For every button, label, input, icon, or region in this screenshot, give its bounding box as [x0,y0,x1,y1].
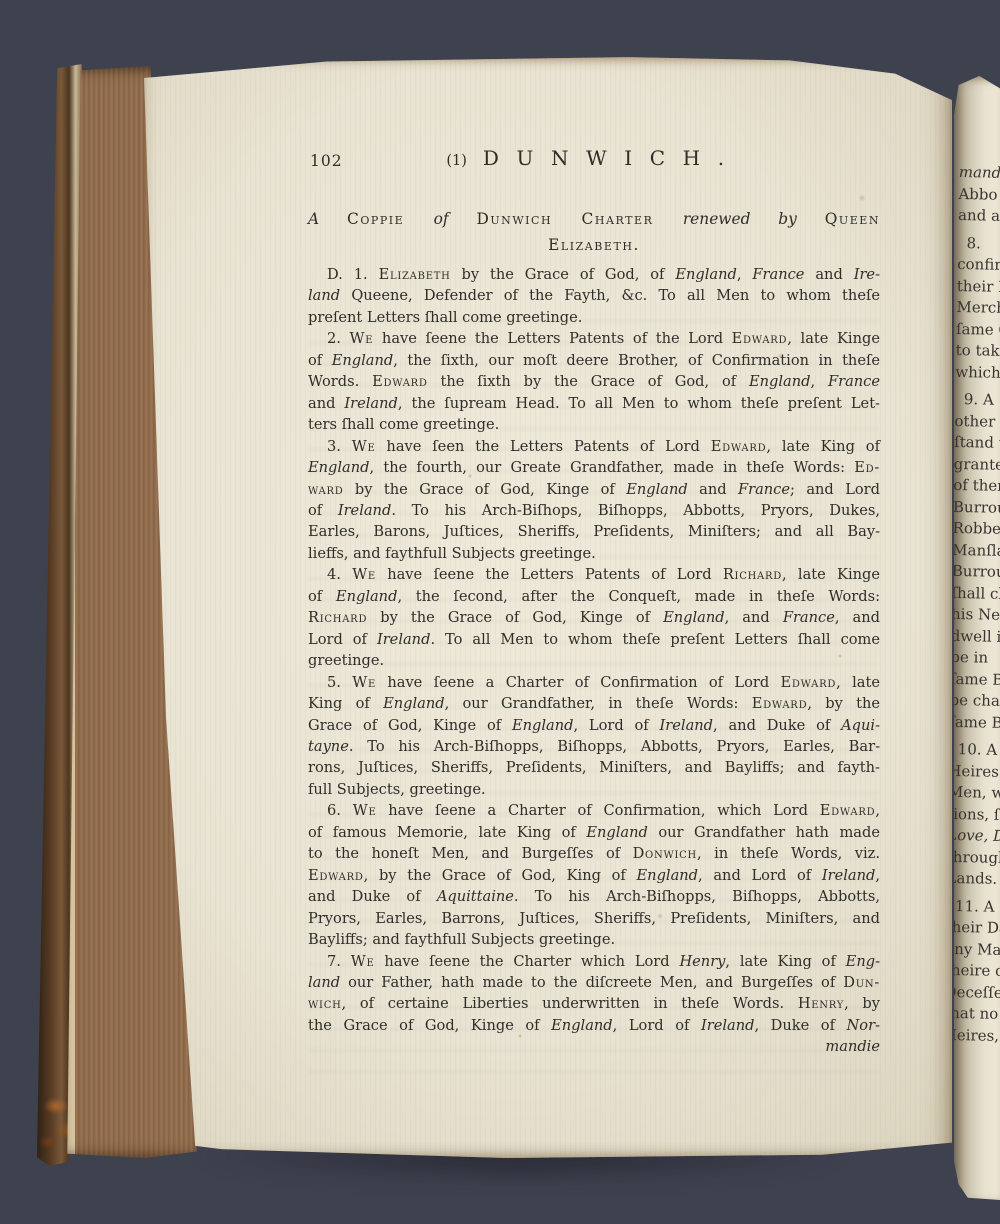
text-segment: of [308,352,332,369]
facing-page-text-fragment: his Neig [954,604,1000,627]
text-line: Lord of Ireland. To all Men to whom theſ… [308,629,880,650]
text-segment: and [308,395,344,412]
text-segment: Queene, Defender of the Fayth, &c. To al… [340,287,880,304]
text-segment: Eng- [846,953,880,970]
facing-page-text-fragment: ſame Bu [954,711,1000,734]
running-head-title: DUNWICH. [483,146,742,170]
text-segment: England [675,266,737,283]
text-line: of England, the ſecond, after the Conque… [308,586,880,607]
text-segment: tayne [308,738,349,755]
text-segment: England [332,352,394,369]
text-segment: renewed by [683,210,825,228]
text-segment: . To his Arch-Biſhopps, Biſhopps, Abbott… [349,738,880,755]
facing-page-text-fragment: Burroug [954,496,1000,519]
page-number: 102 [310,152,343,170]
text-line: Words. Edward the ſixth by the Grace of … [308,371,880,392]
photo-background: 102 (1) DUNWICH. A Coppie of Dunwich Cha… [0,0,1000,1224]
facing-page-text-fragment: theire ow [954,960,1000,983]
text-segment: Lord of [308,631,377,648]
text-segment: Coppie [347,210,434,228]
text-segment: England [663,609,725,626]
text-segment: Ireland [660,717,714,734]
text-segment: , Lord of [573,717,659,734]
text-segment: , late King of [725,953,845,970]
text-line: full Subjects, greetinge. [308,779,880,800]
text-segment: , the ſupream Head. To all Men to whom t… [398,395,880,412]
text-segment: of [308,502,338,519]
charter-text: D. 1. Elizabeth by the Grace of God, of … [308,264,880,1036]
text-segment: and [804,266,853,283]
text-line: Bayliffs; and faythfull Subjects greetin… [308,929,880,950]
text-segment: have ſeene the Letters Patents of the Lo… [373,330,731,347]
text-segment: Dunwich Charter [476,210,682,228]
text-line: tayne. To his Arch-Biſhopps, Biſhopps, A… [308,736,880,757]
text-segment: Edward [781,674,837,691]
text-segment: King of [308,695,383,712]
facing-page-text-fragment: ſame G [956,318,1000,341]
text-segment: Pryors, Earles, Barrons, Juſtices, Sheri… [308,910,880,927]
facing-page-text-fragment: Heires, o [954,1024,1000,1047]
facing-page-text-fragment: Heires S [954,760,1000,783]
text-line: D. 1. Elizabeth by the Grace of God, of … [308,264,880,285]
charter-heading: A Coppie of Dunwich Charter renewed by Q… [308,206,880,258]
text-line: Pryors, Earles, Barrons, Juſtices, Sheri… [308,908,880,929]
book-page-right-sliver: mandieAbboand a8.confirtheir HMerchaſame… [954,76,1000,1200]
running-head-center: (1) DUNWICH. [446,146,741,170]
text-segment: , late King of [766,438,880,455]
facing-page-text-fragment: mandie [959,162,1000,185]
facing-page-text-fragment: Mercha [956,297,1000,320]
text-line: of famous Memorie, late King of England … [308,822,880,843]
text-line: of England, the ſixth, our moſt deere Br… [308,350,880,371]
text-segment: Donwich [633,845,697,862]
text-segment: A [308,210,347,228]
facing-page-text-fragment: granted [954,453,1000,476]
text-segment: . To all Men to whom theſe preſent Lette… [430,631,880,648]
text-segment: 5. [327,674,352,691]
text-segment: Elizabeth. [548,236,640,254]
text-segment: Edward [308,867,364,884]
text-segment: England [626,481,688,498]
text-segment: Richard [723,566,782,583]
text-segment: France [783,609,835,626]
text-segment: , and Duke of [713,717,841,734]
text-segment: Richard [308,609,367,626]
text-segment: Queen [825,210,880,228]
text-segment: , the fourth, our Greate Grandfather, ma… [370,459,855,476]
text-segment: , late Kinge [787,330,880,347]
facing-page-text-fragment: Abbo [958,183,1000,206]
text-segment: of famous Memorie, late King of [308,824,586,841]
text-segment: greetinge. [308,652,384,669]
text-segment: Ireland [338,502,392,519]
facing-page-text-fragment: confir [957,254,1000,277]
text-segment: Aqui- [841,717,880,734]
text-segment: our Father, hath made to the diſcreete M… [340,974,843,991]
text-line: and Ireland, the ſupream Head. To all Me… [308,393,880,414]
text-segment: land [308,287,340,304]
text-segment: France [738,481,790,498]
text-segment: , by [844,995,880,1012]
text-segment: , [737,266,753,283]
text-segment: , the ſecond, after the Conqueſt, made i… [397,588,880,605]
text-segment: , Duke of [754,1017,846,1034]
catchword: mandie [825,1038,880,1055]
text-segment: Bayliffs; and faythfull Subjects greetin… [308,931,615,948]
facing-page-text-fragment: Deceſſe. [954,981,1000,1004]
text-line: Grace of God, Kinge of England, Lord of … [308,715,880,736]
text-segment: 4. [327,566,352,583]
text-segment: by the Grace of God, Kinge of [367,609,663,626]
text-segment: ters ſhall come greetinge. [308,416,499,433]
facing-page-text-fragment: of them [954,475,1000,498]
facing-page-text-fragment: 11. A [954,895,1000,918]
facing-page-text-fragment: ſhall cl [954,582,1000,605]
text-segment: have ſeene the Letters Patents of Lord [376,566,723,583]
text-segment: We [353,802,377,819]
text-segment: and Duke of [308,888,437,905]
text-segment: Ireland [701,1017,755,1034]
text-segment: England [308,459,370,476]
text-segment: . To his Arch-Biſhopps, Biſhopps, Abbott… [514,888,880,905]
text-segment: Henry [679,953,725,970]
facing-page-text-fragment: 9. A [955,389,1000,412]
text-line: to the honeſt Men, and Burgeſſes of Donw… [308,843,880,864]
text-segment: Elizabeth [379,266,451,283]
text-segment: by the Grace of God, of [451,266,676,283]
text-segment: England [637,867,699,884]
text-segment: wich [308,995,342,1012]
text-line: Earles, Barons, Juſtices, Sheriffs, Preſ… [308,521,880,542]
facing-page-text-fragment: their Da [954,917,1000,940]
text-segment: Earles, Barons, Juſtices, Sheriffs, Preſ… [308,523,880,540]
text-segment: , by the [807,695,880,712]
text-segment: France [828,373,880,390]
text-line: 2. We have ſeene the Letters Patents of … [308,328,880,349]
text-segment: , late [836,674,880,691]
text-segment: Edward [372,373,428,390]
text-line: land our Father, hath made to the diſcre… [308,972,880,993]
text-segment: We [352,566,376,583]
text-segment: , and [835,609,880,626]
text-segment: the Grace of God, Kinge of [308,1017,551,1034]
text-segment: to the honeſt Men, and Burgeſſes of [308,845,633,862]
text-line: 3. We have ſeen the Letters Patents of L… [308,436,880,457]
text-segment: D. 1. [327,266,379,283]
facing-page-text-fragment: Manſlau [954,539,1000,562]
facing-page-text-fragment: other [954,410,1000,433]
facing-page-text-fragment: 10. A [954,739,1000,762]
text-segment: 3. [327,438,352,455]
text-segment: England [586,824,648,841]
text-segment: , and Lord of [698,867,822,884]
facing-page-text-fragment: ſame B [954,668,1000,691]
text-segment: , [875,867,880,884]
text-segment: and [688,481,738,498]
footnote-mark: (1) [446,153,467,169]
facing-page-text-fragment: Men, w [954,782,1000,805]
text-segment: England [383,695,445,712]
text-line: wich, of certaine Liberties underwritten… [308,993,880,1014]
facing-page-text-fragment: Love, Da [954,825,1000,848]
text-line: of Ireland. To his Arch-Biſhops, Biſhopp… [308,500,880,521]
facing-page-text-fragment: that no [954,1003,1000,1026]
facing-page-text-fragment: Burroug [954,561,1000,584]
text-segment: lieffs, and faythfull Subjects greetinge… [308,545,596,562]
text-segment: Dun- [843,974,880,991]
text-segment: ward [308,481,343,498]
text-segment: Nor- [847,1017,880,1034]
text-segment: , in theſe Words, viz. [697,845,880,862]
text-segment: Words. [308,373,372,390]
text-segment: Edward [732,330,788,347]
text-segment: the ſixth by the Grace of God, of [428,373,749,390]
text-segment: , by the Grace of God, King of [364,867,637,884]
text-line: King of England, our Grandfather, in the… [308,693,880,714]
text-segment: . To his Arch-Biſhops, Biſhopps, Abbotts… [391,502,880,519]
text-segment: 7. [327,953,351,970]
text-segment: Ireland [822,867,876,884]
facing-page-text-fragment: which [955,361,1000,384]
text-segment: We [351,953,375,970]
text-segment: England [512,717,574,734]
book-page-left: 102 (1) DUNWICH. A Coppie of Dunwich Cha… [140,56,952,1158]
text-segment: We [352,438,376,455]
text-segment: England [336,588,398,605]
text-segment: We [352,674,376,691]
text-segment: , [811,373,828,390]
text-line: ward by the Grace of God, Kinge of Engla… [308,479,880,500]
text-segment: England [551,1017,613,1034]
text-segment: , and [725,609,783,626]
text-line: ters ſhall come greetinge. [308,414,880,435]
text-segment: of [434,210,477,228]
text-line: Elizabeth. [308,232,880,258]
facing-page-text-fragment: ſions, ſh [954,803,1000,826]
text-segment: Aquittaine [437,888,514,905]
text-segment: , Lord of [613,1017,701,1034]
facing-page-text-fragment: their H [957,275,1000,298]
text-line: Richard by the Grace of God, Kinge of En… [308,607,880,628]
facing-page-text-fragment: dwell i [954,625,1000,648]
facing-page-text-fragment: be chal [954,690,1000,713]
text-line: the Grace of God, Kinge of England, Lord… [308,1015,880,1036]
text-segment: , of certaine Liberties underwritten in … [342,995,798,1012]
facing-page-text-fragment: and a [958,205,1000,228]
facing-page-text-fragment: Robberi [954,518,1000,541]
facing-page-text-fragment: be in [954,647,1000,670]
text-line: Edward, by the Grace of God, King of Eng… [308,865,880,886]
text-line: England, the fourth, our Greate Grandfat… [308,457,880,478]
text-line: preſent Letters ſhall come greetinge. [308,307,880,328]
facing-page-text-fragment: ſtand t [954,432,1000,455]
text-segment: Edward [820,802,876,819]
text-segment: have ſeene the Charter which Lord [375,953,680,970]
text-segment: , late Kinge [782,566,880,583]
text-line: 6. We have ſeene a Charter of Confirmati… [308,800,880,821]
text-segment: Edward [711,438,767,455]
text-segment: Ireland [377,631,431,648]
text-line: lieffs, and faythfull Subjects greetinge… [308,543,880,564]
facing-page-text-fragment: to tak [956,340,1000,363]
text-segment: have ſeene a Charter of Confirmation of … [376,674,781,691]
facing-page-text-fragment: Lands. [954,868,1000,891]
facing-page-fragments: mandieAbboand a8.confirtheir HMerchaſame… [954,162,1000,1047]
text-segment: by the Grace of God, Kinge of [343,481,626,498]
text-segment: rons, Juſtices, Sheriffs, Preſidents, Mi… [308,759,880,776]
text-segment: of [308,588,336,605]
text-line: 4. We have ſeene the Letters Patents of … [308,564,880,585]
text-segment: France [752,266,804,283]
facing-page-text-fragment: any Man [954,938,1000,961]
text-line: A Coppie of Dunwich Charter renewed by Q… [308,206,880,232]
text-line: rons, Juſtices, Sheriffs, Preſidents, Mi… [308,757,880,778]
text-segment: , [875,802,880,819]
text-segment: full Subjects, greetinge. [308,781,486,798]
text-segment: Ed- [854,459,880,476]
text-segment: , our Grandfather, in theſe Words: [445,695,752,712]
text-segment: our Grandfather hath made [648,824,880,841]
text-segment: Ireland [344,395,398,412]
facing-page-text-fragment: 8. [957,232,1000,255]
text-segment: ; and Lord [790,481,880,498]
text-segment: , the ſixth, our moſt deere Brother, of … [393,352,880,369]
text-segment: have ſeene a Charter of Confirmation, wh… [376,802,819,819]
text-segment: We [350,330,374,347]
running-head: 102 (1) DUNWICH. [308,146,880,178]
text-line: land Queene, Defender of the Fayth, &c. … [308,285,880,306]
facing-page-text-fragment: through [954,846,1000,869]
text-line: 5. We have ſeene a Charter of Confirmati… [308,672,880,693]
text-line: and Duke of Aquittaine. To his Arch-Biſh… [308,886,880,907]
text-line: greetinge. [308,650,880,671]
text-segment: 6. [327,802,353,819]
text-segment: preſent Letters ſhall come greetinge. [308,309,582,326]
text-segment: England [749,373,811,390]
text-segment: Edward [752,695,808,712]
text-line: 7. We have ſeene the Charter which Lord … [308,951,880,972]
text-segment: Grace of God, Kinge of [308,717,512,734]
text-segment: have ſeen the Letters Patents of Lord [376,438,711,455]
text-segment: 2. [327,330,350,347]
text-segment: Henry [798,995,844,1012]
text-segment: Ire- [854,266,880,283]
text-segment: land [308,974,340,991]
